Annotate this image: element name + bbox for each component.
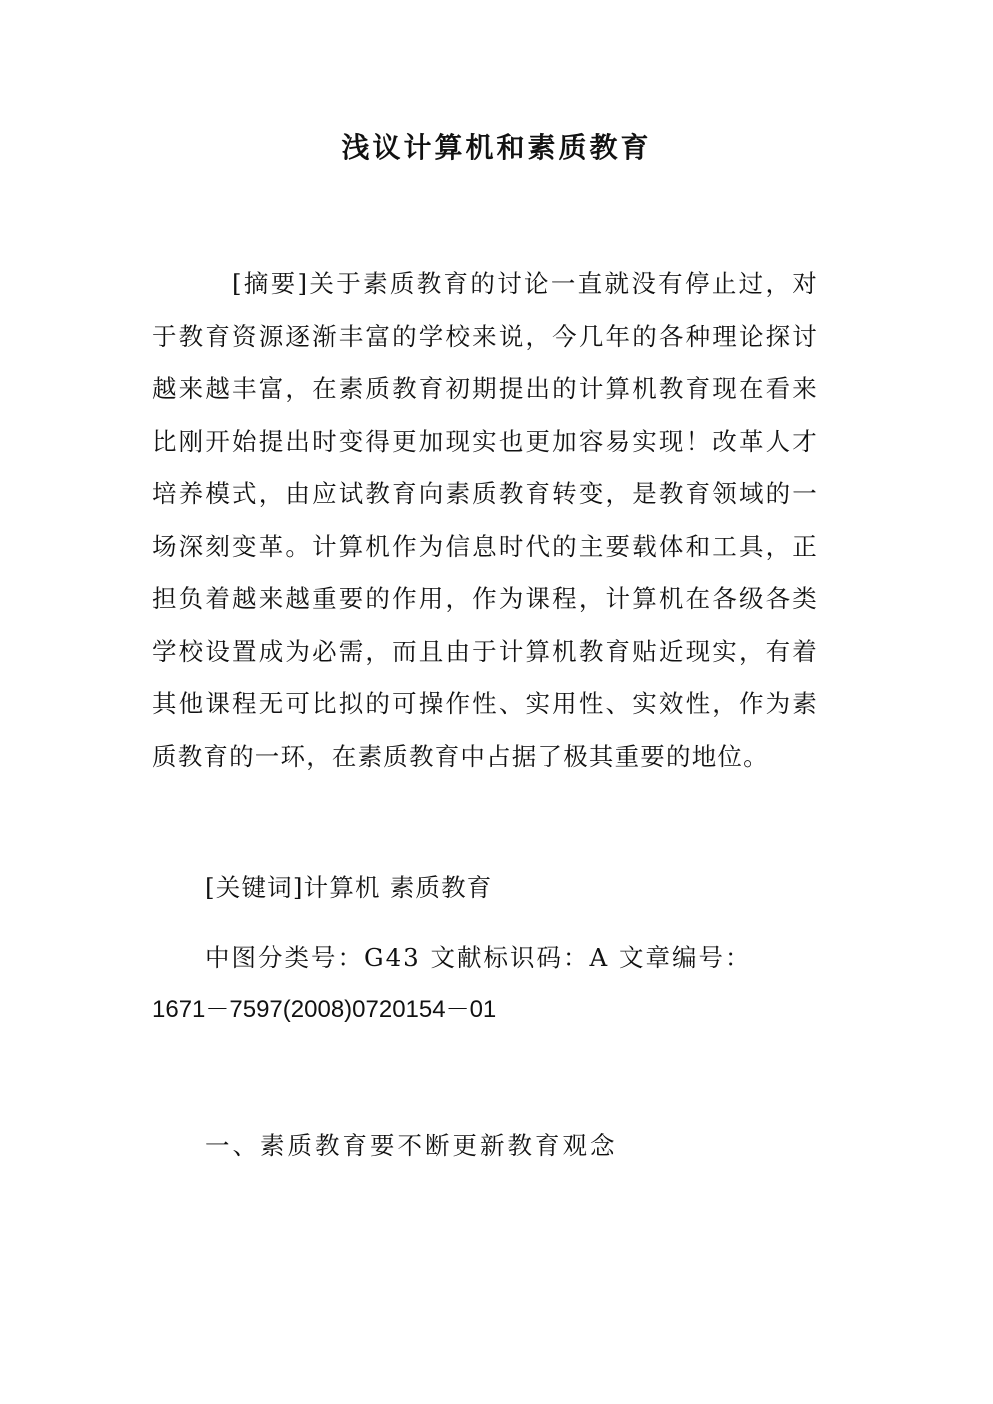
abstract-line: 场深刻变革。计算机作为信息时代的主要载体和工具，正 bbox=[152, 525, 818, 578]
abstract-line: 培养模式，由应试教育向素质教育转变，是教育领域的一 bbox=[152, 472, 818, 525]
abstract-line: 质教育的一环，在素质教育中占据了极其重要的地位。 bbox=[152, 735, 818, 788]
keywords: [关键词]计算机 素质教育 bbox=[205, 866, 493, 910]
abstract-line: 担负着越来越重要的作用，作为课程，计算机在各级各类 bbox=[152, 577, 818, 630]
article-number: 1671－7597(2008)0720154－01 bbox=[152, 988, 496, 1032]
document-page: 浅议计算机和素质教育 [摘要]关于素质教育的讨论一直就没有停止过，对 于教育资源… bbox=[0, 0, 993, 1404]
abstract-line: 越来越丰富，在素质教育初期提出的计算机教育现在看来 bbox=[152, 367, 818, 420]
abstract-line: 于教育资源逐渐丰富的学校来说，今几年的各种理论探讨 bbox=[152, 315, 818, 368]
abstract-line: 学校设置成为必需，而且由于计算机教育贴近现实，有着 bbox=[152, 630, 818, 683]
document-title: 浅议计算机和素质教育 bbox=[0, 126, 993, 170]
abstract-paragraph: [摘要]关于素质教育的讨论一直就没有停止过，对 于教育资源逐渐丰富的学校来说，今… bbox=[152, 262, 818, 787]
classification-info: 中图分类号：G43 文献标识码：A 文章编号： bbox=[205, 936, 752, 980]
abstract-line: 比刚开始提出时变得更加现实也更加容易实现！改革人才 bbox=[152, 420, 818, 473]
section-heading: 一、素质教育要不断更新教育观念 bbox=[205, 1124, 618, 1168]
abstract-line: 其他课程无可比拟的可操作性、实用性、实效性，作为素 bbox=[152, 682, 818, 735]
abstract-line: [摘要]关于素质教育的讨论一直就没有停止过，对 bbox=[152, 262, 818, 315]
